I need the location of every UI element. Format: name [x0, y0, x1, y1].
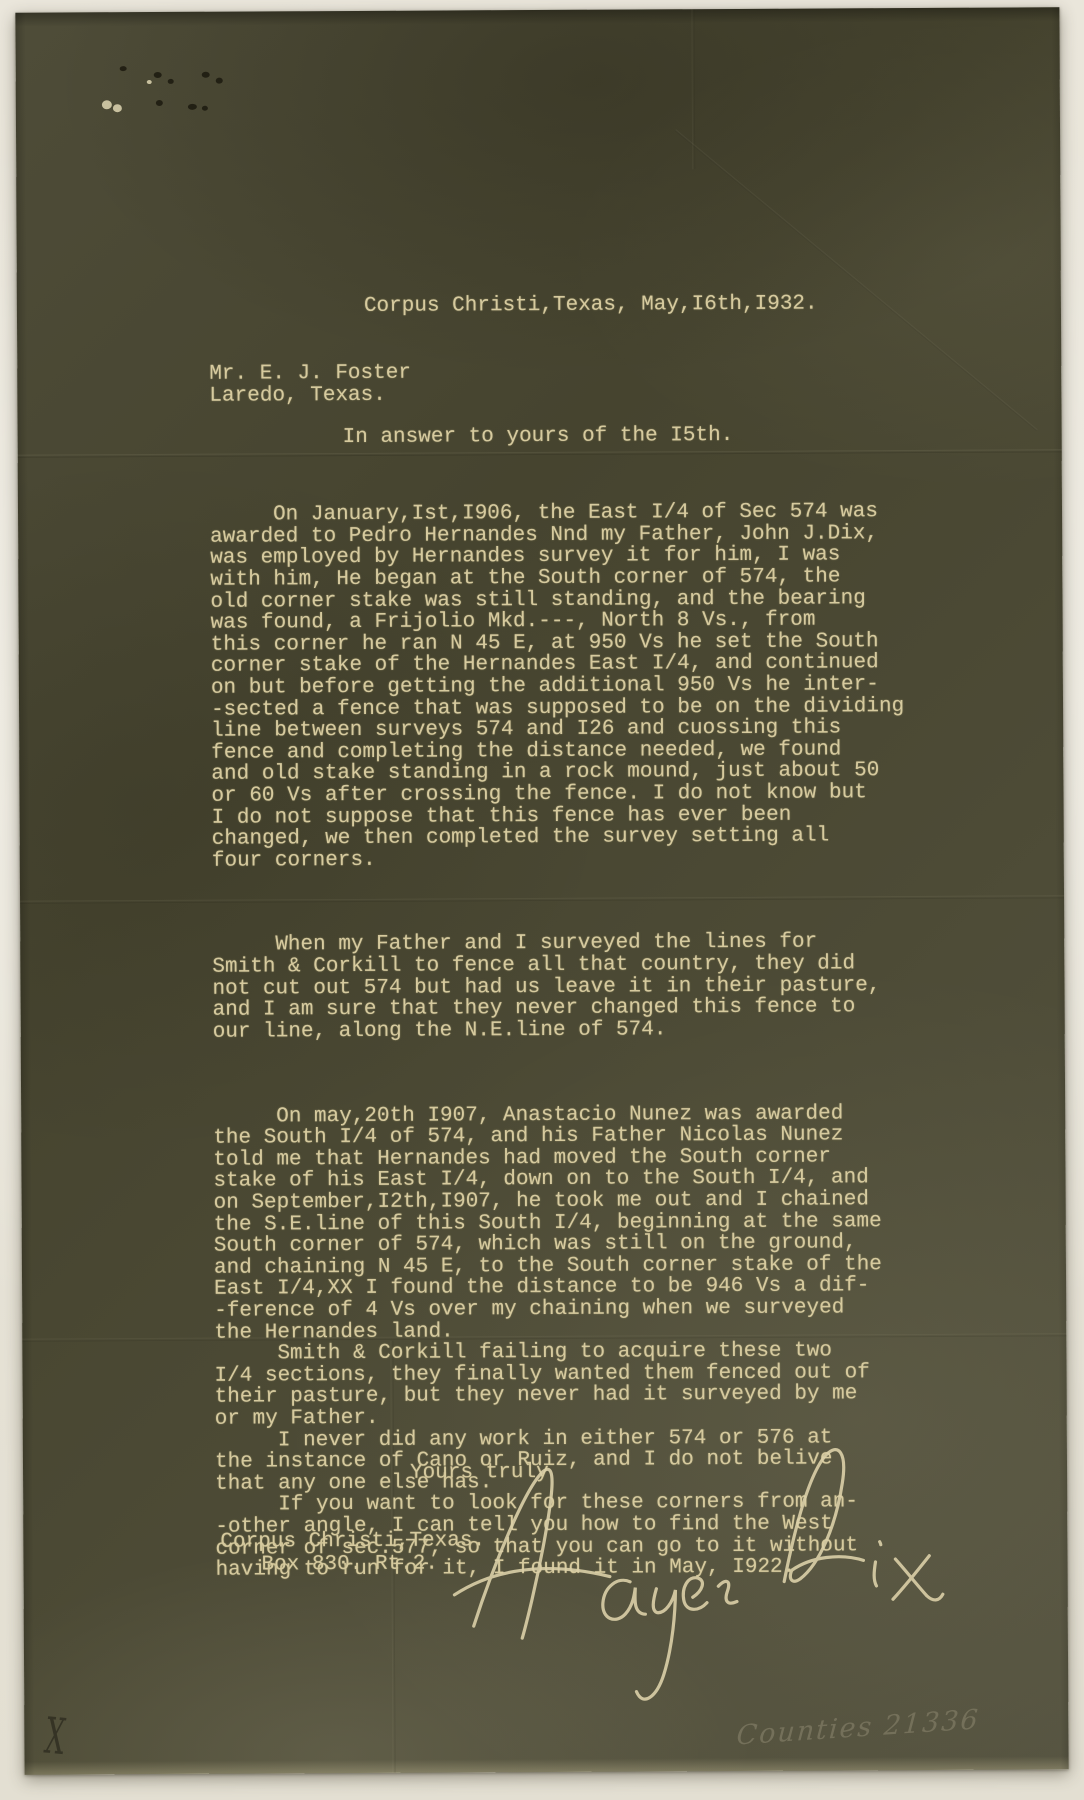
fold-crease-horizontal-1: [18, 449, 1062, 457]
signature: Hayes Dix: [437, 1397, 949, 1737]
paper-damage-spot: [202, 106, 208, 111]
salutation: In answer to yours of the I5th.: [343, 425, 734, 449]
dateline: Corpus Christi,Texas, May,I6th,I932.: [364, 294, 818, 318]
paper-damage-spot: [188, 104, 197, 110]
signature-ink-strokes: [437, 1397, 949, 1737]
pencil-x-mark: X: [45, 1707, 66, 1767]
paragraph-1: On January,Ist,I906, the East I/4 of Sec…: [210, 501, 952, 872]
paper-damage-spot: [102, 100, 112, 109]
paper-damage-spot: [154, 72, 162, 78]
scan-backdrop: { "colors": { "backdrop": "#e8e4d8", "pa…: [0, 0, 1084, 1800]
recipient-city: Laredo, Texas.: [209, 385, 386, 408]
recipient-name: Mr. E. J. Foster: [209, 363, 411, 386]
paper-damage-spot: [216, 78, 223, 84]
letter-paper: Corpus Christi,Texas, May,I6th,I932. Mr.…: [15, 7, 1068, 1774]
paper-damage-spots: [15, 7, 1059, 12]
paragraph-2: When my Father and I surveyed the lines …: [212, 931, 953, 1043]
paper-damage-spot: [202, 72, 210, 78]
paper-damage-spot: [120, 66, 127, 71]
paper-damage-spot: [147, 80, 152, 84]
sender-box: Box 830. Rt.2.: [261, 1554, 438, 1577]
paper-damage-spot: [156, 100, 163, 106]
fold-crease-diagonal: [675, 129, 1038, 431]
paper-damage-spot: [168, 79, 174, 84]
paper-damage-spot: [113, 104, 122, 112]
